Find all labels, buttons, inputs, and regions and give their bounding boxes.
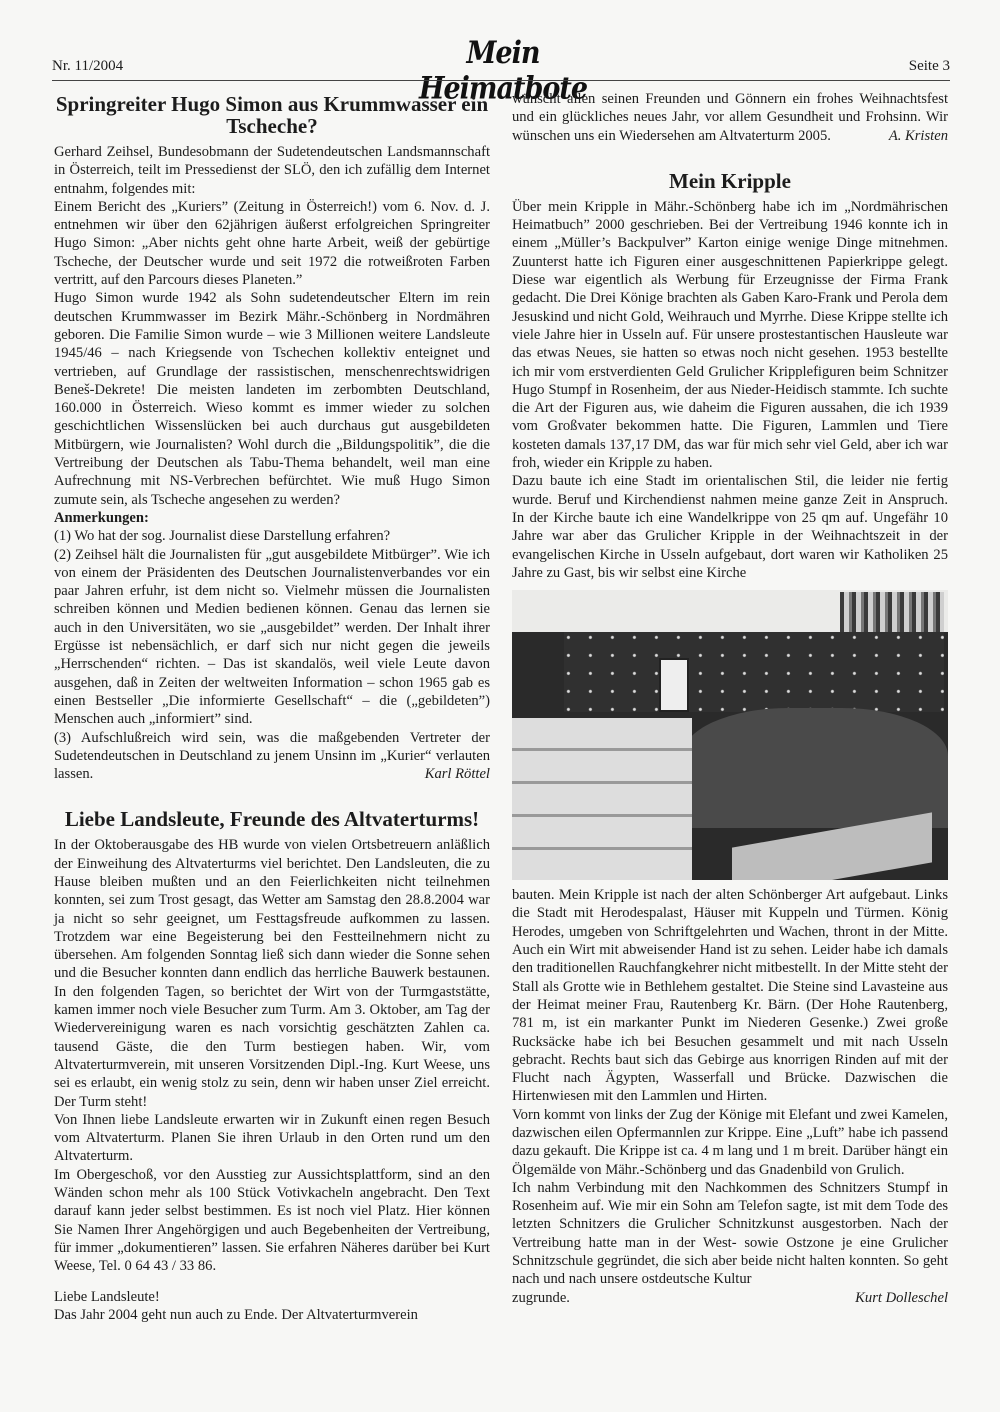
closing-greeting: Liebe Landsleute!	[54, 1288, 490, 1306]
article-title-altvaterturm: Liebe Landsleute, Freunde des Altvatertu…	[54, 808, 490, 830]
paragraph: Ich nahm Verbindung mit den Nachkommen d…	[512, 1179, 948, 1289]
paragraph: Einem Bericht des „Kuriers” (Zeitung in …	[54, 198, 490, 289]
paragraph: In der Oktoberausgabe des HB wurde von v…	[54, 836, 490, 1110]
paragraph-text: zugrunde.	[512, 1290, 570, 1306]
paragraph: Von Ihnen liebe Landsleute erwarten wir …	[54, 1111, 490, 1166]
note-item: (2) Zeihsel hält die Journalisten für „g…	[54, 546, 490, 729]
paragraph: Gerhard Zeihsel, Bundesobmann der Sudete…	[54, 143, 490, 198]
paragraph: Über mein Kripple in Mähr.-Schönberg hab…	[512, 198, 948, 472]
newspaper-page: Nr. 11/2004 Mein Heimatbote Seite 3 Spri…	[0, 0, 1000, 1412]
note-item: (1) Wo hat der sog. Journalist diese Dar…	[54, 527, 490, 545]
paragraph: wünscht allen seinen Freunden und Gönner…	[512, 90, 948, 145]
notes-heading: Anmerkungen:	[54, 509, 490, 527]
page-number: Seite 3	[909, 58, 950, 75]
photo-starry-backdrop	[564, 632, 944, 712]
section-gap	[54, 783, 490, 805]
paragraph: Hugo Simon wurde 1942 als Sohn sudetende…	[54, 289, 490, 509]
left-column: Springreiter Hugo Simon aus Krummwasser …	[54, 90, 490, 1324]
section-gap	[512, 145, 948, 167]
issue-number: Nr. 11/2004	[52, 58, 123, 75]
paragraph-text: wünscht allen seinen Freunden und Gönner…	[512, 91, 948, 144]
paragraph: Im Obergeschoß, vor den Ausstieg zur Aus…	[54, 1166, 490, 1276]
photo-framed-picture	[659, 658, 689, 712]
right-column: wünscht allen seinen Freunden und Gönner…	[512, 90, 948, 1307]
note-item: (3) Aufschlußreich wird sein, was die ma…	[54, 729, 490, 784]
photo-mountains	[682, 708, 948, 828]
paragraph: zugrunde. Kurt Dolleschel	[512, 1289, 948, 1307]
paragraph: Dazu baute ich eine Stadt im orientalisc…	[512, 472, 948, 582]
paragraph: Das Jahr 2004 geht nun auch zu Ende. Der…	[54, 1306, 490, 1324]
article-title-mein-kripple: Mein Kripple	[512, 170, 948, 192]
author-signature: A. Kristen	[889, 127, 948, 145]
paragraph: bauten. Mein Kripple ist nach der alten …	[512, 886, 948, 1106]
header-rule	[52, 80, 950, 81]
paragraph: Vorn kommt von links der Zug der Könige …	[512, 1106, 948, 1179]
photo-oriental-city	[512, 718, 692, 880]
author-signature: Kurt Dolleschel	[855, 1289, 948, 1307]
article-title-hugo-simon: Springreiter Hugo Simon aus Krummwasser …	[54, 93, 490, 137]
author-signature: Karl Röttel	[425, 765, 490, 783]
nativity-scene-photo	[512, 590, 948, 880]
